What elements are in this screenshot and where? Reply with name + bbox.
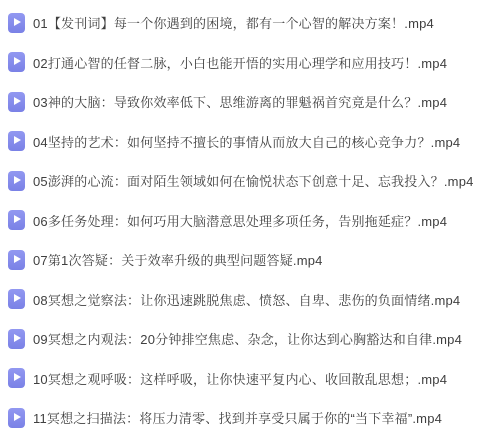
play-triangle-icon [14,176,21,184]
video-play-icon [8,92,25,112]
file-name: 08冥想之觉察法：让你迅速跳脱焦虑、愤怒、自卑、悲伤的负面情绪.mp4 [33,290,460,309]
video-play-icon [8,289,25,309]
file-list-item[interactable]: 01【发刊词】每一个你遇到的困境，都有一个心智的解决方案！.mp4 [0,3,485,43]
file-name: 10冥想之观呼吸：这样呼吸，让你快速平复内心、收回散乱思想；.mp4 [33,369,447,388]
video-play-icon [8,329,25,349]
file-list-item[interactable]: 08冥想之觉察法：让你迅速跳脱焦虑、愤怒、自卑、悲伤的负面情绪.mp4 [0,280,485,320]
play-triangle-icon [14,334,21,342]
file-list-item[interactable]: 10冥想之观呼吸：这样呼吸，让你快速平复内心、收回散乱思想；.mp4 [0,359,485,399]
play-triangle-icon [14,413,21,421]
play-triangle-icon [14,18,21,26]
file-list-item[interactable]: 06多任务处理：如何巧用大脑潜意思处理多项任务，告别拖延症？.mp4 [0,201,485,241]
play-triangle-icon [14,97,21,105]
file-list-item[interactable]: 02打通心智的任督二脉，小白也能开悟的实用心理学和应用技巧！.mp4 [0,43,485,83]
file-name: 06多任务处理：如何巧用大脑潜意思处理多项任务，告别拖延症？.mp4 [33,211,447,230]
file-list-item[interactable]: 03神的大脑：导致你效率低下、思维游离的罪魁祸首究竟是什么？.mp4 [0,82,485,122]
video-play-icon [8,368,25,388]
file-list-item[interactable]: 04坚持的艺术：如何坚持不擅长的事情从而放大自己的核心竞争力？.mp4 [0,122,485,162]
file-list-item[interactable]: 09冥想之内观法：20分钟排空焦虑、杂念，让你达到心胸豁达和自律.mp4 [0,319,485,359]
play-triangle-icon [14,215,21,223]
play-triangle-icon [14,57,21,65]
file-list-item[interactable]: 11冥想之扫描法：将压力清零、找到并享受只属于你的“当下幸福”.mp4 [0,398,485,438]
file-list-item[interactable]: 05澎湃的心流：面对陌生领域如何在愉悦状态下创意十足、忘我投入？.mp4 [0,161,485,201]
file-name: 04坚持的艺术：如何坚持不擅长的事情从而放大自己的核心竞争力？.mp4 [33,132,460,151]
file-name: 01【发刊词】每一个你遇到的困境，都有一个心智的解决方案！.mp4 [33,13,434,32]
play-triangle-icon [14,294,21,302]
file-name: 07第1次答疑：关于效率升级的典型问题答疑.mp4 [33,250,323,269]
video-play-icon [8,13,25,33]
video-play-icon [8,210,25,230]
video-play-icon [8,171,25,191]
file-name: 09冥想之内观法：20分钟排空焦虑、杂念，让你达到心胸豁达和自律.mp4 [33,329,462,348]
file-name: 05澎湃的心流：面对陌生领域如何在愉悦状态下创意十足、忘我投入？.mp4 [33,171,474,190]
file-list-item[interactable]: 07第1次答疑：关于效率升级的典型问题答疑.mp4 [0,240,485,280]
file-name: 02打通心智的任督二脉，小白也能开悟的实用心理学和应用技巧！.mp4 [33,53,447,72]
video-play-icon [8,52,25,72]
video-play-icon [8,131,25,151]
play-triangle-icon [14,373,21,381]
play-triangle-icon [14,255,21,263]
play-triangle-icon [14,136,21,144]
file-name: 03神的大脑：导致你效率低下、思维游离的罪魁祸首究竟是什么？.mp4 [33,92,447,111]
video-file-list: 01【发刊词】每一个你遇到的困境，都有一个心智的解决方案！.mp4 02打通心智… [0,0,485,438]
file-name: 11冥想之扫描法：将压力清零、找到并享受只属于你的“当下幸福”.mp4 [33,408,442,427]
video-play-icon [8,250,25,270]
video-play-icon [8,408,25,428]
